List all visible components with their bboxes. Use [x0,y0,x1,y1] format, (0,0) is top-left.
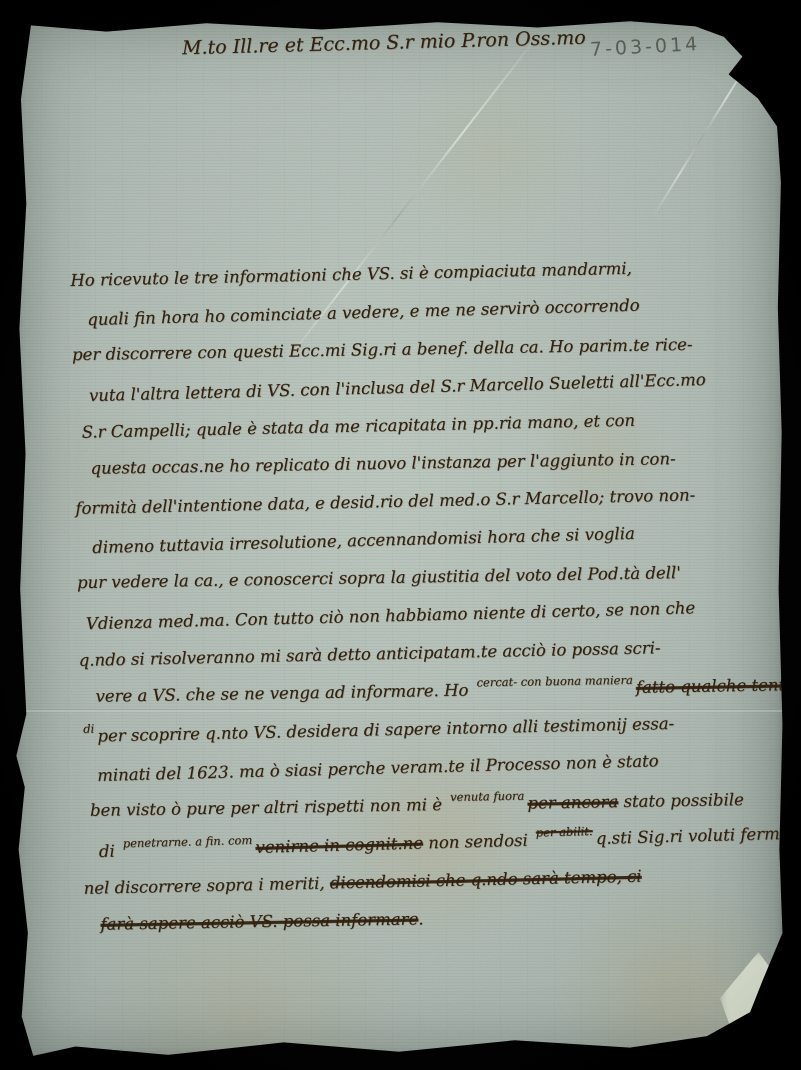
text-segment: q.ndo si risolveranno mi sarà detto anti… [78,638,660,670]
text-segment: minati del 1623. ma ò siasi perche veram… [97,751,659,785]
text-segment: nel discorrere sopra i meriti, [83,873,330,897]
text-segment: non sendosi [423,831,533,853]
struck-text-segment: fatto qualche tentativi [636,675,801,697]
text-segment: questa occas.ne ho replicato di nuovo l'… [90,449,675,478]
interlinear-insertion: venuta fuora [450,789,524,804]
text-segment: q.sti Sig.ri voluti fermar [596,824,801,848]
text-segment: . [418,909,424,928]
struck-text-segment: venirne in cognit.ne [255,833,423,856]
interlinear-insertion: penetrarne. a fin. com [123,833,253,850]
text-segment: vuta l'altra lettera di VS. con l'inclus… [89,370,706,405]
text-segment: pur vedere la ca., e conoscerci sopra la… [77,563,681,592]
struck-text-segment: dicendomisi che q.ndo sarà tempo, ci [330,867,642,893]
folded-corner-bottom-right [720,952,782,1036]
struck-text-segment: farà sapere acciò VS. possa informare [100,909,418,933]
text-segment: stato possibile [618,790,744,811]
letter-page: 7-03-014 M.to Ill.re et Ecc.mo S.r mio P… [14,16,784,1058]
text-segment: per discorrere con questi Ecc.mi Sig.ri … [72,335,693,364]
struck-text-segment: per ancora [527,792,618,813]
text-segment: vere a VS. che se ne venga ad informare.… [95,681,473,706]
letter-body: Ho ricevuto le tre informationi che VS. … [70,247,775,946]
text-segment: per scoprire q.nto VS. desidera di saper… [97,714,674,746]
text-segment: S.r Campelli; quale è stata da me ricapi… [82,411,636,442]
text-segment: Vdienza med.ma. Con tutto ciò non habbia… [86,598,696,633]
interlinear-insertion: di [83,722,94,736]
text-segment: ben visto ò pure per altri rispetti non … [90,795,448,820]
diagonal-crease-top-right [653,45,760,216]
salutation-line: M.to Ill.re et Ecc.mo S.r mio P.ron Oss.… [182,27,586,60]
text-segment: Ho ricevuto le tre informationi che VS. … [70,259,632,290]
struck-text-segment: per abilit. [536,824,593,839]
interlinear-insertion: cercat- con buona maniera [476,673,632,690]
catalog-number-pencil: 7-03-014 [589,33,700,61]
scan-background: 7-03-014 M.to Ill.re et Ecc.mo S.r mio P… [0,0,801,1070]
text-segment: dimeno tuttavia irresolutione, accennand… [92,524,635,557]
text-segment: quali fin hora ho cominciate a vedere, e… [87,296,640,329]
text-segment: formità dell'intentione data, e desid.ri… [75,485,695,518]
text-segment: di [99,841,121,861]
